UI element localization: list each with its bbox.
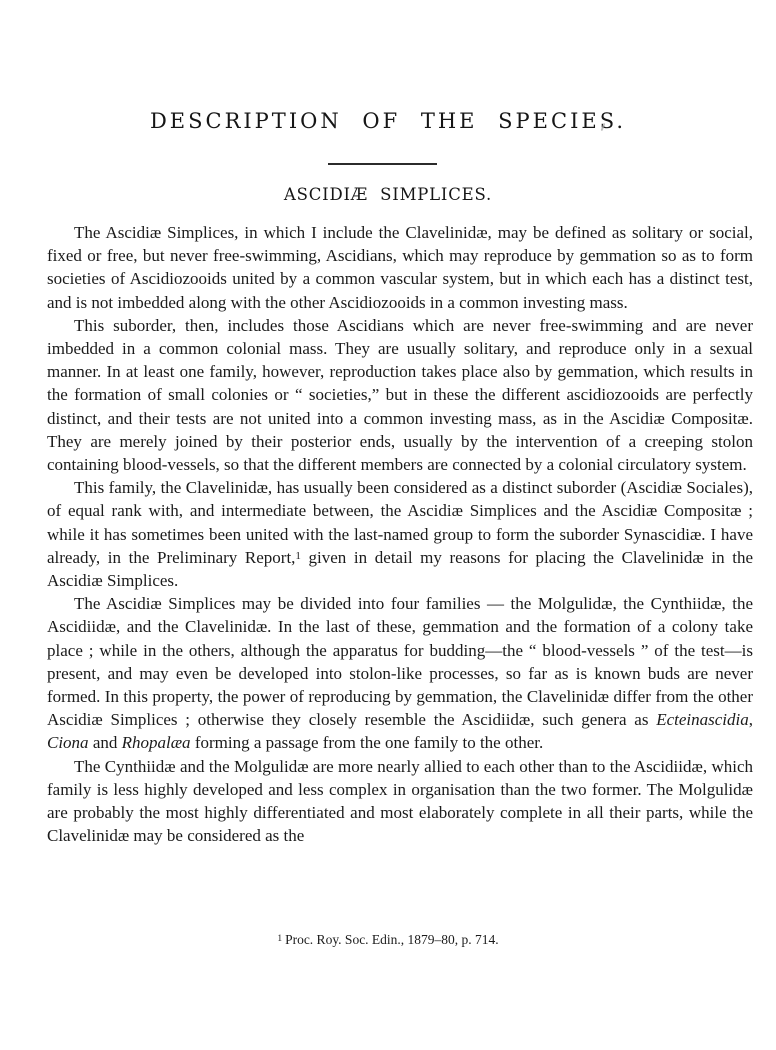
genus-name-rhopalaea: Rhopalæa xyxy=(122,733,191,752)
footnote-text: Proc. Roy. Soc. Edin., 1879–80, p. 714. xyxy=(285,932,499,947)
paragraph-4: The Ascidiæ Simplices may be divided int… xyxy=(47,592,753,754)
genus-name-ecteinascidia: Ecteinascidia xyxy=(656,710,749,729)
paragraph-4-tail: forming a passage from the one family to… xyxy=(191,733,544,752)
section-heading: ASCIDIÆ SIMPLICES. xyxy=(0,186,776,204)
paragraph-5-text: The Cynthiidæ and the Molgulidæ are more… xyxy=(47,757,753,846)
document-page: DESCRIPTION OF THE SPECIES. ASCIDIÆ SIMP… xyxy=(0,0,776,1050)
page-title: DESCRIPTION OF THE SPECIES. xyxy=(0,110,776,133)
paragraph-4-sep1: , xyxy=(749,710,753,729)
body-text: The Ascidiæ Simplices, in which I includ… xyxy=(47,221,753,847)
genus-name-ciona: Ciona xyxy=(47,733,89,752)
paragraph-4-lead: The Ascidiæ Simplices may be divided int… xyxy=(47,594,753,729)
paragraph-2: This suborder, then, includes those Asci… xyxy=(47,314,753,476)
title-divider xyxy=(328,163,437,165)
footnote-marker: 1 xyxy=(277,934,282,944)
paragraph-1-text: The Ascidiæ Simplices, in which I includ… xyxy=(47,223,753,312)
footnote: 1Proc. Roy. Soc. Edin., 1879–80, p. 714. xyxy=(0,932,776,948)
paragraph-1: The Ascidiæ Simplices, in which I includ… xyxy=(47,221,753,314)
paragraph-3: This family, the Clavelinidæ, has usuall… xyxy=(47,476,753,592)
paragraph-4-sep2: and xyxy=(89,733,122,752)
paragraph-5: The Cynthiidæ and the Molgulidæ are more… xyxy=(47,755,753,848)
paragraph-2-text: This suborder, then, includes those Asci… xyxy=(47,316,753,474)
